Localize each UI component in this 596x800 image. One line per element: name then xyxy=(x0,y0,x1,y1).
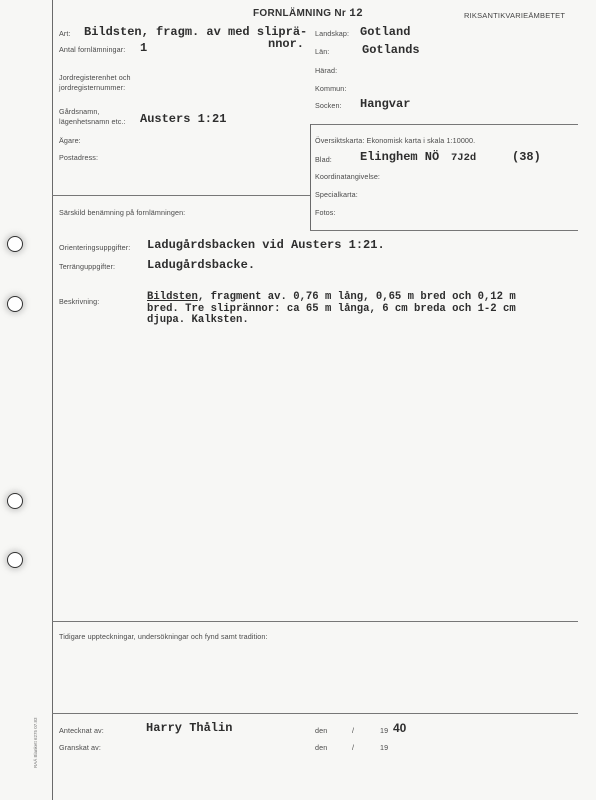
antecknat-year: 40 xyxy=(393,721,406,735)
gard-label-1: Gårdsnamn, xyxy=(59,107,100,116)
jord-label-1: Jordregisterenhet och xyxy=(59,73,131,82)
antecknat-slash: / xyxy=(352,726,354,735)
tradition-top-rule xyxy=(52,621,578,622)
lan-label: Län: xyxy=(315,47,329,56)
blad-name: Elinghem NÖ xyxy=(360,150,439,164)
agency-name: RIKSANTIKVARIEÄMBETET xyxy=(464,11,565,20)
specialkarta-label: Specialkarta: xyxy=(315,190,358,199)
fotos-label: Fotos: xyxy=(315,208,336,217)
blad-number: (38) xyxy=(512,150,541,164)
blad-label: Blad: xyxy=(315,155,332,164)
tradition-label: Tidigare uppteckningar, undersökningar o… xyxy=(59,632,268,641)
beskrivning-label: Beskrivning: xyxy=(59,297,99,306)
punch-hole xyxy=(7,236,23,252)
agare-label: Ägare: xyxy=(59,136,81,145)
punch-hole xyxy=(7,552,23,568)
granskat-label: Granskat av: xyxy=(59,743,101,752)
antecknat-value: Harry Thålin xyxy=(146,721,232,735)
granskat-year-prefix: 19 xyxy=(380,743,388,752)
registration-card: FORNLÄMNING Nr 12 RIKSANTIKVARIEÄMBETET … xyxy=(0,0,596,800)
socken-label: Socken: xyxy=(315,101,342,110)
landskap-value: Gotland xyxy=(360,25,410,39)
landskap-label: Landskap: xyxy=(315,29,349,38)
oversikt-value: Ekonomisk karta i skala 1:10000. xyxy=(367,136,476,145)
antal-label: Antal fornlämningar: xyxy=(59,45,125,54)
granskat-slash: / xyxy=(352,743,354,752)
antecknat-label: Antecknat av: xyxy=(59,726,104,735)
map-box-top-rule xyxy=(310,124,578,125)
form-number: 12 xyxy=(349,8,363,20)
form-print-code: RAÄ Blankett 6275 07.83 xyxy=(33,717,38,768)
socken-value: Hangvar xyxy=(360,97,410,111)
left-margin-rule xyxy=(52,0,53,800)
map-box-bottom-rule xyxy=(310,230,578,231)
map-box-left-rule xyxy=(310,124,311,230)
footer-top-rule xyxy=(52,713,578,714)
antecknat-den-label: den xyxy=(315,726,327,735)
beskrivning-underlined: Bildsten xyxy=(147,291,198,303)
postadress-label: Postadress: xyxy=(59,153,98,162)
art-value-line2: nnor. xyxy=(268,37,304,51)
jord-label-2: jordregisternummer: xyxy=(59,83,125,92)
punch-hole xyxy=(7,493,23,509)
sarskild-label: Särskild benämning på fornlämningen: xyxy=(59,208,185,217)
form-title: FORNLÄMNING Nr 12 xyxy=(253,8,363,20)
orientering-value: Ladugårdsbacken vid Austers 1:21. xyxy=(147,238,385,252)
kommun-label: Kommun: xyxy=(315,84,346,93)
koordinat-label: Koordinatangivelse: xyxy=(315,172,380,181)
left-block-rule xyxy=(52,195,310,196)
antal-value: 1 xyxy=(140,41,147,55)
terrang-label: Terränguppgifter: xyxy=(59,262,115,271)
blad-code: 7J2d xyxy=(451,152,476,164)
gard-label-2: lägenhetsnamn etc.: xyxy=(59,117,126,126)
terrang-value: Ladugårdsbacke. xyxy=(147,258,255,272)
granskat-den-label: den xyxy=(315,743,327,752)
antecknat-year-prefix: 19 xyxy=(380,726,388,735)
gard-value: Austers 1:21 xyxy=(140,112,226,126)
orientering-label: Orienteringsuppgifter: xyxy=(59,243,130,252)
art-label: Art: xyxy=(59,29,71,38)
harad-label: Härad: xyxy=(315,66,337,75)
oversikt-label: Översiktskarta: Ekonomisk karta i skala … xyxy=(315,136,475,145)
lan-value: Gotlands xyxy=(362,43,420,57)
beskrivning-text: Bildsten, fragment av. 0,76 m lång, 0,65… xyxy=(147,292,516,327)
punch-hole xyxy=(7,296,23,312)
